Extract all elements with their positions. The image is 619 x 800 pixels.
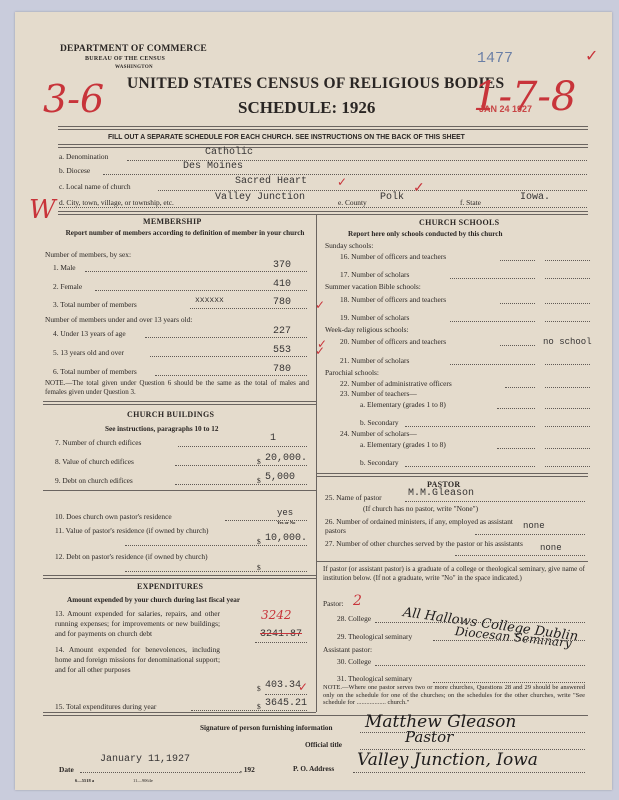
address-label: P. O. Address: [293, 765, 334, 773]
total-expenditures-value[interactable]: 3645.21: [265, 698, 307, 709]
male-value[interactable]: 370: [273, 260, 291, 271]
annotation-top-right: 1-7-8: [473, 74, 576, 120]
membership-note: NOTE.—The total given under Question 6 s…: [45, 379, 309, 396]
diocese-value[interactable]: Des Moines: [183, 161, 243, 172]
form-code: 6—5518 a: [75, 778, 94, 783]
over-13-label: 5. 13 years old and over: [53, 348, 124, 357]
total-members-6-label: 6. Total number of members: [53, 367, 137, 376]
pastor-name-label: 25. Name of pastor: [325, 493, 382, 502]
checkmark-icon: ✓: [298, 680, 308, 695]
department-label: DEPARTMENT OF COMMERCE: [60, 44, 207, 54]
annotation-top-left: 3-6: [43, 77, 104, 121]
owns-residence-label: 10. Does church own pastor's residence: [55, 512, 172, 521]
bureau-label: BUREAU OF THE CENSUS: [85, 56, 165, 62]
q23b-label: b. Secondary: [360, 418, 399, 427]
q31-label: 31. Theological seminary: [337, 674, 412, 683]
yes-no-hint: Yes or No: [277, 520, 295, 525]
q23-label: 23. Number of teachers—: [340, 389, 417, 398]
total-members-value[interactable]: 780: [273, 297, 291, 308]
q20-label: 20. Number of officers and teachers: [340, 337, 446, 346]
pastor-note: NOTE.—Where one pastor serves two or mor…: [323, 684, 585, 707]
q18-label: 18. Number of officers and teachers: [340, 295, 446, 304]
census-schedule-page: DEPARTMENT OF COMMERCE BUREAU OF THE CEN…: [15, 12, 612, 790]
membership-subheading: Report number of members according to de…: [65, 228, 305, 238]
official-title-value[interactable]: Pastor: [405, 728, 453, 746]
q24-label: 24. Number of scholars—: [340, 429, 417, 438]
q17-label: 17. Number of scholars: [340, 270, 409, 279]
no-school-remark[interactable]: no school: [543, 337, 592, 347]
q22-label: 22. Number of administrative officers: [340, 379, 452, 388]
pastor-name-hint: (If church has no pastor, write "None"): [363, 504, 478, 513]
female-value[interactable]: 410: [273, 279, 291, 290]
date-suffix: , 192: [240, 765, 255, 774]
residence-value-value[interactable]: 10,000.: [265, 533, 307, 544]
city-value[interactable]: Valley Junction: [215, 192, 305, 203]
male-label: 1. Male: [53, 263, 76, 272]
expenditures-subheading: Amount expended by your church during la…: [67, 596, 240, 604]
city-label: WASHINGTON: [115, 65, 153, 70]
summer-schools-label: Summer vacation Bible schools:: [325, 282, 421, 291]
q19-label: 19. Number of scholars: [340, 313, 409, 322]
under-13-value[interactable]: 227: [273, 326, 291, 337]
pastor-count-annotation: 2: [353, 593, 362, 609]
date-label: Date: [59, 765, 74, 774]
state-label: f. State: [460, 198, 481, 207]
age-label: Number of members under and over 13 year…: [45, 315, 192, 324]
buildings-heading: CHURCH BUILDINGS: [127, 410, 214, 419]
print-code: 11—9064e: [133, 778, 153, 783]
official-title-label: Official title: [305, 741, 342, 749]
edifices-value-label: 8. Value of church edifices: [55, 457, 134, 466]
q21-label: 21. Number of scholars: [340, 356, 409, 365]
weekday-schools-label: Week-day religious schools:: [325, 325, 409, 334]
q27-label: 27. Number of other churches served by t…: [325, 539, 525, 548]
membership-heading: MEMBERSHIP: [143, 217, 202, 226]
graduate-note: If pastor (or assistant pastor) is a gra…: [323, 565, 585, 582]
edifices-debt-label: 9. Debt on church edifices: [55, 476, 133, 485]
assistant-pastor-label: Assistant pastor:: [323, 645, 372, 654]
residence-debt-label: 12. Debt on pastor's residence (if owned…: [55, 552, 208, 561]
q26-value[interactable]: none: [523, 521, 545, 531]
edifices-count-label: 7. Number of church edifices: [55, 438, 141, 447]
church-name-value[interactable]: Sacred Heart: [235, 176, 307, 187]
checkmark-icon: ✓: [337, 175, 347, 190]
checkmark-icon: ✓: [317, 337, 327, 352]
q16-label: 16. Number of officers and teachers: [340, 252, 446, 261]
q30-label: 30. College: [337, 657, 371, 666]
parochial-schools-label: Parochial schools:: [325, 368, 379, 377]
over-13-value[interactable]: 553: [273, 345, 291, 356]
dollar-sign: $: [257, 684, 261, 693]
fill-out-instruction: FILL OUT A SEPARATE SCHEDULE FOR EACH CH…: [108, 132, 465, 141]
q23a-label: a. Elementary (grades 1 to 8): [360, 400, 446, 409]
date-value[interactable]: January 11,1927: [100, 754, 190, 765]
running-expenses-value[interactable]: 3241.87: [260, 629, 302, 640]
q24b-label: b. Secondary: [360, 458, 399, 467]
edifices-count-value[interactable]: 1: [270, 433, 276, 444]
annotation-left-margin: W: [29, 195, 56, 225]
diocese-label: b. Diocese: [59, 166, 90, 175]
checkmark-icon: ✓: [413, 180, 425, 197]
church-name-label: c. Local name of church: [59, 182, 131, 191]
county-value[interactable]: Polk: [380, 192, 404, 203]
checkmark-icon: ✓: [315, 298, 325, 313]
residence-value-label: 11. Value of pastor's residence (if owne…: [55, 526, 208, 535]
running-expenses-label: 13. Amount expended for salaries, repair…: [55, 609, 220, 639]
state-value[interactable]: Iowa.: [520, 192, 550, 203]
sunday-schools-label: Sunday schools:: [325, 241, 373, 250]
denomination-value[interactable]: Catholic: [205, 147, 253, 158]
benevolences-value[interactable]: 403.34: [265, 680, 301, 691]
owns-residence-value[interactable]: yes: [277, 508, 293, 518]
total-members-label: 3. Total number of members: [53, 300, 137, 309]
city-label: d. City, town, village, or township, etc…: [59, 198, 174, 207]
pastor-sublabel: Pastor:: [323, 599, 344, 608]
schools-subheading: Report here only schools conducted by th…: [348, 230, 502, 238]
total-expenditures-label: 15. Total expenditures during year: [55, 702, 156, 711]
stamp-number: 1477: [477, 50, 513, 67]
schedule-title: SCHEDULE: 1926: [238, 98, 375, 118]
edifices-value-value[interactable]: 20,000.: [265, 453, 307, 464]
total-members-6-value[interactable]: 780: [273, 364, 291, 375]
q28-label: 28. College: [337, 614, 371, 623]
denomination-label: a. Denomination: [59, 152, 108, 161]
signature-label: Signature of person furnishing informati…: [200, 724, 332, 732]
checkmark-icon: ✓: [585, 46, 598, 66]
female-label: 2. Female: [53, 282, 82, 291]
q26-label: 26. Number of ordained ministers, if any…: [325, 517, 525, 535]
under-13-label: 4. Under 13 years of age: [53, 329, 126, 338]
form-title: UNITED STATES CENSUS OF RELIGIOUS BODIES: [127, 75, 504, 93]
struck-text: xxxxxx: [195, 296, 224, 305]
buildings-subheading: See instructions, paragraphs 10 to 12: [105, 425, 218, 433]
q27-value[interactable]: none: [540, 543, 562, 553]
benevolences-label: 14. Amount expended for benevolences, in…: [55, 645, 220, 675]
q29-label: 29. Theological seminary: [337, 632, 412, 641]
edifices-debt-value[interactable]: 5,000: [265, 472, 295, 483]
address-value[interactable]: Valley Junction, Iowa: [357, 750, 538, 770]
by-sex-label: Number of members, by sex:: [45, 250, 131, 259]
county-label: e. County: [338, 198, 367, 207]
schools-heading: CHURCH SCHOOLS: [419, 218, 499, 227]
expense-correction: 3242: [261, 608, 292, 622]
expenditures-heading: EXPENDITURES: [137, 582, 203, 591]
pastor-name-value[interactable]: M.M.Gleason: [408, 488, 474, 499]
q24a-label: a. Elementary (grades 1 to 8): [360, 440, 446, 449]
